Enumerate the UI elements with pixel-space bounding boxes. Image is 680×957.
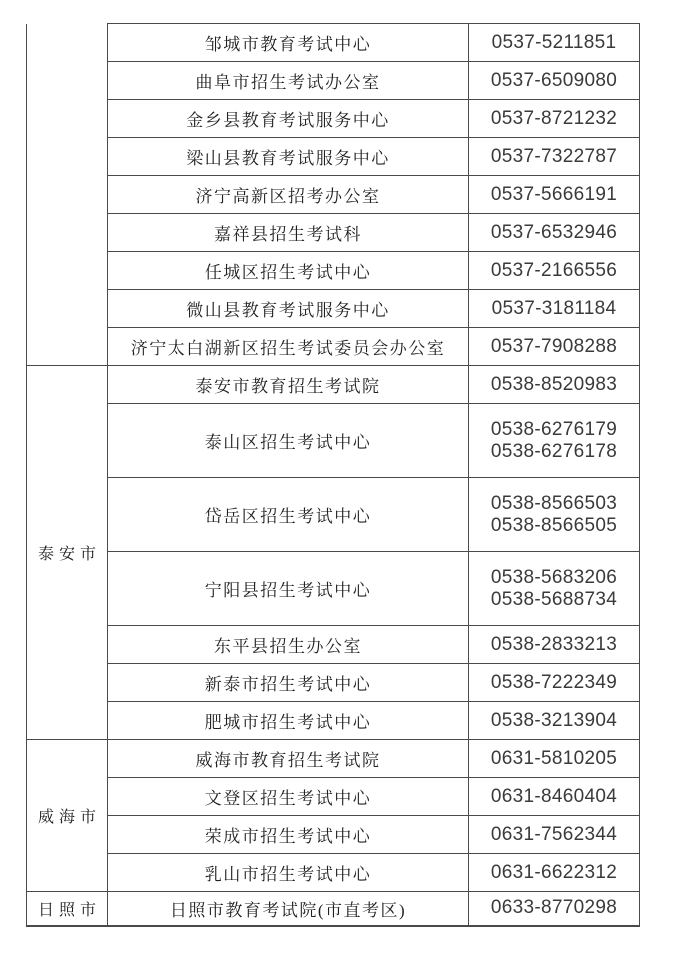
table-row: 荣成市招生考试中心0631-7562344	[27, 816, 640, 854]
institution-cell: 泰山区招生考试中心	[108, 404, 469, 478]
phone-cell: 0538-85665030538-8566505	[469, 478, 640, 552]
table-row: 东平县招生办公室0538-2833213	[27, 626, 640, 664]
phone-number: 0538-7222349	[469, 672, 639, 694]
phone-number: 0631-5810205	[469, 748, 639, 770]
phone-number: 0537-7908288	[469, 336, 639, 358]
institution-cell: 梁山县教育考试服务中心	[108, 138, 469, 176]
city-cell: 泰安市	[27, 366, 108, 740]
document-page: 邹城市教育考试中心0537-5211851曲阜市招生考试办公室0537-6509…	[0, 0, 680, 957]
phone-number: 0538-2833213	[469, 634, 639, 656]
phone-number: 0631-7562344	[469, 824, 639, 846]
institution-cell: 威海市教育招生考试院	[108, 740, 469, 778]
table-row: 泰山区招生考试中心0538-62761790538-6276178	[27, 404, 640, 478]
phone-lines: 0631-5810205	[469, 748, 639, 770]
table-row: 微山县教育考试服务中心0537-3181184	[27, 290, 640, 328]
phone-cell: 0538-3213904	[469, 702, 640, 740]
phone-cell: 0538-7222349	[469, 664, 640, 702]
phone-number: 0538-8520983	[469, 374, 639, 396]
institution-cell: 嘉祥县招生考试科	[108, 214, 469, 252]
phone-cell: 0538-62761790538-6276178	[469, 404, 640, 478]
table-row: 宁阳县招生考试中心0538-56832060538-5688734	[27, 552, 640, 626]
phone-lines: 0538-85665030538-8566505	[469, 493, 639, 537]
table-row: 文登区招生考试中心0631-8460404	[27, 778, 640, 816]
phone-number: 0537-5666191	[469, 184, 639, 206]
table-row: 曲阜市招生考试办公室0537-6509080	[27, 62, 640, 100]
table-row: 岱岳区招生考试中心0538-85665030538-8566505	[27, 478, 640, 552]
contact-table: 邹城市教育考试中心0537-5211851曲阜市招生考试办公室0537-6509…	[26, 23, 640, 927]
phone-lines: 0631-7562344	[469, 824, 639, 846]
phone-lines: 0633-8770298	[469, 897, 639, 919]
phone-number: 0537-2166556	[469, 260, 639, 282]
phone-number: 0538-6276179	[469, 419, 639, 441]
phone-cell: 0538-56832060538-5688734	[469, 552, 640, 626]
table-row: 日照市日照市教育考试院(市直考区)0633-8770298	[27, 892, 640, 926]
table-row: 任城区招生考试中心0537-2166556	[27, 252, 640, 290]
phone-lines: 0537-7908288	[469, 336, 639, 358]
institution-cell: 东平县招生办公室	[108, 626, 469, 664]
phone-cell: 0537-6532946	[469, 214, 640, 252]
phone-lines: 0538-2833213	[469, 634, 639, 656]
phone-cell: 0538-2833213	[469, 626, 640, 664]
institution-cell: 邹城市教育考试中心	[108, 24, 469, 62]
phone-number: 0538-3213904	[469, 710, 639, 732]
institution-cell: 曲阜市招生考试办公室	[108, 62, 469, 100]
phone-lines: 0538-56832060538-5688734	[469, 567, 639, 611]
phone-cell: 0633-8770298	[469, 892, 640, 926]
phone-lines: 0537-3181184	[469, 298, 639, 320]
phone-number: 0537-6509080	[469, 70, 639, 92]
institution-cell: 济宁高新区招考办公室	[108, 176, 469, 214]
phone-number: 0538-8566503	[469, 493, 639, 515]
phone-cell: 0537-7322787	[469, 138, 640, 176]
table-row: 邹城市教育考试中心0537-5211851	[27, 24, 640, 62]
table-row: 济宁高新区招考办公室0537-5666191	[27, 176, 640, 214]
city-cell	[27, 24, 108, 366]
phone-lines: 0631-8460404	[469, 786, 639, 808]
phone-number: 0537-6532946	[469, 222, 639, 244]
institution-cell: 任城区招生考试中心	[108, 252, 469, 290]
phone-lines: 0538-7222349	[469, 672, 639, 694]
phone-cell: 0537-3181184	[469, 290, 640, 328]
table-row: 乳山市招生考试中心0631-6622312	[27, 854, 640, 892]
phone-cell: 0537-5211851	[469, 24, 640, 62]
institution-cell: 荣成市招生考试中心	[108, 816, 469, 854]
phone-lines: 0538-3213904	[469, 710, 639, 732]
phone-cell: 0537-8721232	[469, 100, 640, 138]
phone-lines: 0537-7322787	[469, 146, 639, 168]
phone-cell: 0537-6509080	[469, 62, 640, 100]
phone-cell: 0537-7908288	[469, 328, 640, 366]
table-row: 泰安市泰安市教育招生考试院0538-8520983	[27, 366, 640, 404]
phone-cell: 0631-6622312	[469, 854, 640, 892]
phone-number: 0537-5211851	[469, 32, 639, 54]
phone-lines: 0631-6622312	[469, 862, 639, 884]
phone-lines: 0537-5666191	[469, 184, 639, 206]
phone-number: 0631-6622312	[469, 862, 639, 884]
phone-lines: 0537-2166556	[469, 260, 639, 282]
institution-cell: 微山县教育考试服务中心	[108, 290, 469, 328]
phone-cell: 0631-7562344	[469, 816, 640, 854]
phone-lines: 0537-5211851	[469, 32, 639, 54]
phone-lines: 0537-6509080	[469, 70, 639, 92]
contact-table-body: 邹城市教育考试中心0537-5211851曲阜市招生考试办公室0537-6509…	[27, 24, 640, 926]
phone-cell: 0537-2166556	[469, 252, 640, 290]
institution-cell: 肥城市招生考试中心	[108, 702, 469, 740]
phone-cell: 0631-8460404	[469, 778, 640, 816]
phone-cell: 0537-5666191	[469, 176, 640, 214]
phone-number: 0537-7322787	[469, 146, 639, 168]
city-cell: 日照市	[27, 892, 108, 926]
table-row: 威海市威海市教育招生考试院0631-5810205	[27, 740, 640, 778]
table-row: 济宁太白湖新区招生考试委员会办公室0537-7908288	[27, 328, 640, 366]
institution-cell: 岱岳区招生考试中心	[108, 478, 469, 552]
institution-cell: 金乡县教育考试服务中心	[108, 100, 469, 138]
phone-lines: 0537-6532946	[469, 222, 639, 244]
institution-cell: 新泰市招生考试中心	[108, 664, 469, 702]
institution-cell: 泰安市教育招生考试院	[108, 366, 469, 404]
phone-number: 0538-5683206	[469, 567, 639, 589]
table-row: 梁山县教育考试服务中心0537-7322787	[27, 138, 640, 176]
institution-cell: 文登区招生考试中心	[108, 778, 469, 816]
institution-cell: 日照市教育考试院(市直考区)	[108, 892, 469, 926]
phone-number: 0538-6276178	[469, 441, 639, 463]
phone-cell: 0538-8520983	[469, 366, 640, 404]
phone-cell: 0631-5810205	[469, 740, 640, 778]
table-row: 肥城市招生考试中心0538-3213904	[27, 702, 640, 740]
phone-number: 0537-8721232	[469, 108, 639, 130]
table-row: 嘉祥县招生考试科0537-6532946	[27, 214, 640, 252]
city-cell: 威海市	[27, 740, 108, 892]
institution-cell: 乳山市招生考试中心	[108, 854, 469, 892]
phone-lines: 0538-62761790538-6276178	[469, 419, 639, 463]
phone-number: 0631-8460404	[469, 786, 639, 808]
phone-number: 0633-8770298	[469, 897, 639, 919]
phone-number: 0538-8566505	[469, 515, 639, 537]
phone-number: 0537-3181184	[469, 298, 639, 320]
phone-number: 0538-5688734	[469, 589, 639, 611]
table-row: 金乡县教育考试服务中心0537-8721232	[27, 100, 640, 138]
phone-lines: 0538-8520983	[469, 374, 639, 396]
table-row: 新泰市招生考试中心0538-7222349	[27, 664, 640, 702]
institution-cell: 济宁太白湖新区招生考试委员会办公室	[108, 328, 469, 366]
phone-lines: 0537-8721232	[469, 108, 639, 130]
institution-cell: 宁阳县招生考试中心	[108, 552, 469, 626]
